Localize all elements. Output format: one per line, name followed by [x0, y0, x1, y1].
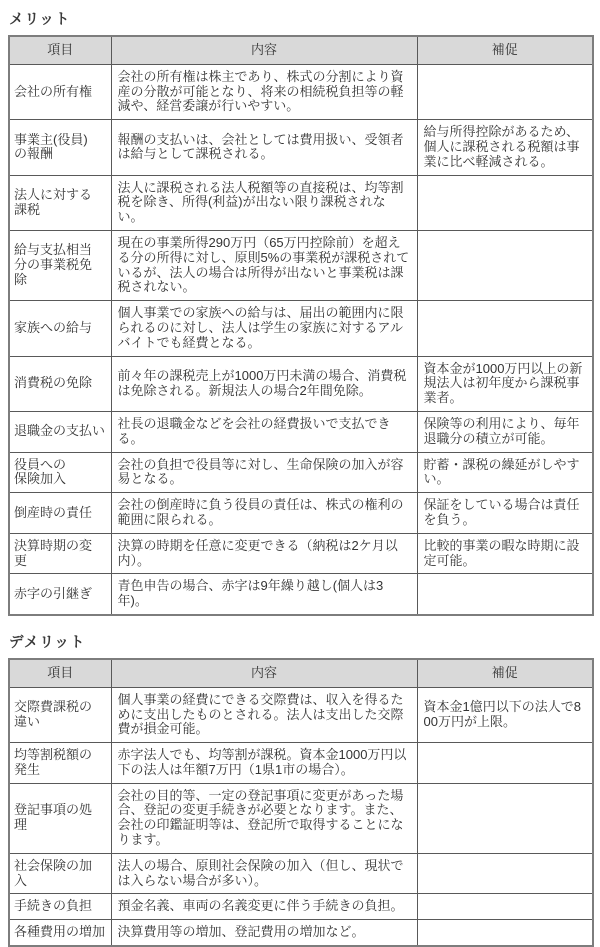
content-cell: 報酬の支払いは、会社としては費用扱い、受領者は給与として課税される。 [111, 120, 417, 175]
column-header-content: 内容 [111, 659, 417, 687]
column-header-item: 項目 [9, 659, 111, 687]
item-cell: 会社の所有権 [9, 64, 111, 119]
table-row: 手続きの負担 預金名義、車両の名義変更に伴う手続きの負担。 [9, 894, 593, 920]
item-cell: 各種費用の増加 [9, 920, 111, 946]
content-cell: 青色申告の場合、赤字は9年繰り越し(個人は3年)。 [111, 574, 417, 615]
column-header-item: 項目 [9, 36, 111, 64]
item-cell: 退職金の支払い [9, 411, 111, 452]
content-cell: 前々年の課税売上が1000万円未満の場合、消費税は免除される。新規法人の場合2年… [111, 356, 417, 411]
content-cell: 決算費用等の増加、登記費用の増加など。 [111, 920, 417, 946]
content-cell: 会社の倒産時に負う役員の責任は、株式の権利の範囲に限られる。 [111, 493, 417, 534]
demerit-header-row: 項目 内容 補促 [9, 659, 593, 687]
item-cell: 登記事項の処 理 [9, 783, 111, 853]
table-row: 赤字の引継ぎ 青色申告の場合、赤字は9年繰り越し(個人は3年)。 [9, 574, 593, 615]
note-cell: 資本金1億円以下の法人で800万円が上限。 [417, 687, 593, 742]
note-cell [417, 574, 593, 615]
note-cell [417, 853, 593, 894]
note-cell [417, 894, 593, 920]
content-cell: 法人の場合、原則社会保険の加入（但し、現状では入らない場合が多い）。 [111, 853, 417, 894]
table-row: 倒産時の責任 会社の倒産時に負う役員の責任は、株式の権利の範囲に限られる。 保証… [9, 493, 593, 534]
content-cell: 法人に課税される法人税額等の直接税は、均等割税を除き、所得(利益)が出ない限り課… [111, 175, 417, 230]
note-cell: 貯蓄・課税の繰延がしやすい。 [417, 452, 593, 493]
note-cell [417, 743, 593, 784]
table-row: 退職金の支払い 社長の退職金などを会社の経費扱いで支払できる。 保険等の利用によ… [9, 411, 593, 452]
content-cell: 個人事業の経費にできる交際費は、収入を得るために支出したものとされる。法人は支出… [111, 687, 417, 742]
item-cell: 交際費課税の 違い [9, 687, 111, 742]
note-cell [417, 301, 593, 356]
content-cell: 決算の時期を任意に変更できる（納税は2ケ月以内）。 [111, 533, 417, 574]
note-cell [417, 175, 593, 230]
item-cell: 役員への 保険加入 [9, 452, 111, 493]
item-cell: 事業主(役員) の報酬 [9, 120, 111, 175]
note-cell: 保証をしている場合は責任を負う。 [417, 493, 593, 534]
item-cell: 家族への給与 [9, 301, 111, 356]
item-cell: 手続きの負担 [9, 894, 111, 920]
page: メリット 項目 内容 補促 会社の所有権 会社の所有権は株主であり、株式の分割に… [0, 0, 600, 947]
item-cell: 給与支払相当 分の事業税免 除 [9, 230, 111, 300]
table-row: 給与支払相当 分の事業税免 除 現在の事業所得290万円（65万円控除前）を超え… [9, 230, 593, 300]
note-cell [417, 783, 593, 853]
merit-section-title: メリット [9, 8, 592, 29]
table-row: 法人に対する 課税 法人に課税される法人税額等の直接税は、均等割税を除き、所得(… [9, 175, 593, 230]
demerit-section-title: デメリット [9, 631, 592, 652]
content-cell: 会社の目的等、一定の登記事項に変更があった場合、登記の変更手続きが必要となります… [111, 783, 417, 853]
table-row: 各種費用の増加 決算費用等の増加、登記費用の増加など。 [9, 920, 593, 946]
table-row: 家族への給与 個人事業での家族への給与は、届出の範囲内に限られるのに対し、法人は… [9, 301, 593, 356]
content-cell: 現在の事業所得290万円（65万円控除前）を超える分の所得に対し、原則5%の事業… [111, 230, 417, 300]
item-cell: 消費税の免除 [9, 356, 111, 411]
content-cell: 会社の負担で役員等に対し、生命保険の加入が容易となる。 [111, 452, 417, 493]
note-cell: 保険等の利用により、毎年退職分の積立が可能。 [417, 411, 593, 452]
content-cell: 赤字法人でも、均等割が課税。資本金1000万円以下の法人は年額7万円（1県1市の… [111, 743, 417, 784]
note-cell [417, 230, 593, 300]
content-cell: 社長の退職金などを会社の経費扱いで支払できる。 [111, 411, 417, 452]
merit-header-row: 項目 内容 補促 [9, 36, 593, 64]
table-row: 事業主(役員) の報酬 報酬の支払いは、会社としては費用扱い、受領者は給与として… [9, 120, 593, 175]
item-cell: 均等割税額の 発生 [9, 743, 111, 784]
content-cell: 会社の所有権は株主であり、株式の分割により資産の分散が可能となり、将来の相続税負… [111, 64, 417, 119]
content-cell: 個人事業での家族への給与は、届出の範囲内に限られるのに対し、法人は学生の家族に対… [111, 301, 417, 356]
table-row: 会社の所有権 会社の所有権は株主であり、株式の分割により資産の分散が可能となり、… [9, 64, 593, 119]
table-row: 均等割税額の 発生 赤字法人でも、均等割が課税。資本金1000万円以下の法人は年… [9, 743, 593, 784]
item-cell: 社会保険の加 入 [9, 853, 111, 894]
note-cell: 給与所得控除があるため、個人に課税される税額は事業に比べ軽減される。 [417, 120, 593, 175]
table-row: 役員への 保険加入 会社の負担で役員等に対し、生命保険の加入が容易となる。 貯蓄… [9, 452, 593, 493]
demerit-table: 項目 内容 補促 交際費課税の 違い 個人事業の経費にできる交際費は、収入を得る… [8, 658, 594, 947]
note-cell [417, 920, 593, 946]
item-cell: 倒産時の責任 [9, 493, 111, 534]
note-cell [417, 64, 593, 119]
table-row: 社会保険の加 入 法人の場合、原則社会保険の加入（但し、現状では入らない場合が多… [9, 853, 593, 894]
content-cell: 預金名義、車両の名義変更に伴う手続きの負担。 [111, 894, 417, 920]
note-cell: 資本金が1000万円以上の新規法人は初年度から課税事業者。 [417, 356, 593, 411]
item-cell: 法人に対する 課税 [9, 175, 111, 230]
item-cell: 赤字の引継ぎ [9, 574, 111, 615]
table-row: 消費税の免除 前々年の課税売上が1000万円未満の場合、消費税は免除される。新規… [9, 356, 593, 411]
note-cell: 比較的事業の暇な時期に設定可能。 [417, 533, 593, 574]
table-row: 交際費課税の 違い 個人事業の経費にできる交際費は、収入を得るために支出したもの… [9, 687, 593, 742]
table-row: 登記事項の処 理 会社の目的等、一定の登記事項に変更があった場合、登記の変更手続… [9, 783, 593, 853]
item-cell: 決算時期の変 更 [9, 533, 111, 574]
column-header-content: 内容 [111, 36, 417, 64]
column-header-note: 補促 [417, 36, 593, 64]
merit-table: 項目 内容 補促 会社の所有権 会社の所有権は株主であり、株式の分割により資産の… [8, 35, 594, 616]
column-header-note: 補促 [417, 659, 593, 687]
table-row: 決算時期の変 更 決算の時期を任意に変更できる（納税は2ケ月以内）。 比較的事業… [9, 533, 593, 574]
